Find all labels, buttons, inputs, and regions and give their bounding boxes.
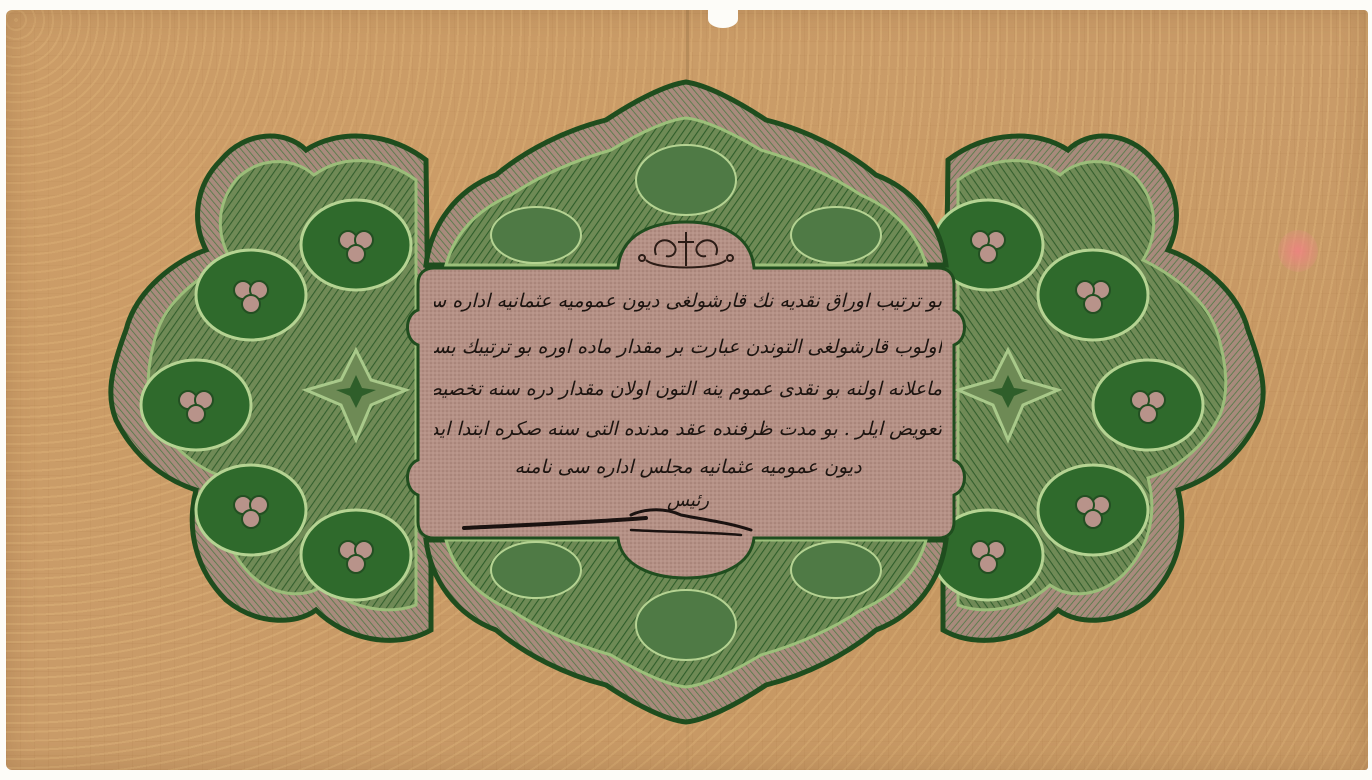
text-line-4: تعويض ايلر . بو مدت ظرفنده عقد مدنده الت…: [434, 418, 942, 440]
banknote-paper: بو ترتيب اوراق نقديه نك قارشولغى ديون عم…: [6, 10, 1368, 770]
text-line-3: ماعلانه اولنه بو نقدى عموم ينه التون اول…: [434, 378, 942, 400]
signature-title: رئيس: [418, 490, 958, 511]
text-line-5: ديون عموميه عثمانيه مجلس اداره سى نامنه: [434, 456, 942, 478]
text-line-2: اولوب قارشولغى التوندن عبارت بر مقدار ما…: [434, 336, 942, 358]
left-wing-ornament: [111, 136, 431, 640]
banknote-scan: بو ترتيب اوراق نقديه نك قارشولغى ديون عم…: [0, 0, 1372, 780]
text-panel: بو ترتيب اوراق نقديه نك قارشولغى ديون عم…: [418, 268, 958, 538]
text-line-1: بو ترتيب اوراق نقديه نك قارشولغى ديون عم…: [434, 290, 942, 312]
right-wing-ornament: [933, 136, 1263, 640]
